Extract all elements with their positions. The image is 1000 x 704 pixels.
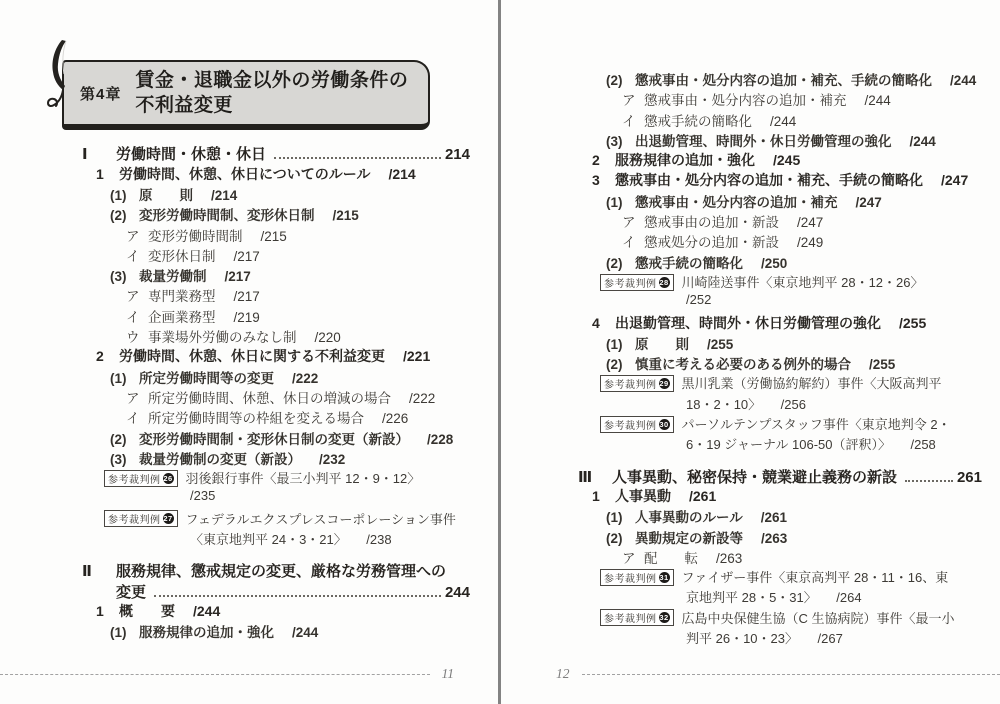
toc-entry: (2)異動規定の新設等/263 [552,527,982,547]
case-ref-line: 参考裁判例32広島中央保健生協（C 生協病院）事件〈最一小 [552,608,982,628]
case-ref-line: /252 [552,292,982,312]
toc-entry: 3懲戒事由・処分内容の追加・補充、手続の簡略化/247 [552,170,982,190]
case-title: 広島中央保健生協（C 生協病院）事件〈最一小 [682,608,955,627]
entry-label: (2) [606,73,635,88]
page-ref: /255 [707,337,733,352]
entry-title: 人事異動、秘密保持・競業避止義務の新設 [612,466,897,487]
entry-label: イ [126,306,148,326]
toc-entry: (1)服務規律の追加・強化/244 [56,621,470,641]
case-title: フェデラルエクスプレスコーポレーション事件 [186,509,456,528]
entry-label: イ [622,110,644,130]
entry-label: 2 [96,348,119,364]
entry-label: (2) [110,208,139,223]
toc-entry: ア所定労働時間、休憩、休日の増減の場合/222 [56,387,470,407]
toc-entry: (1)人事異動のルール/261 [552,506,982,526]
badge-label: 参考裁判例 [604,376,657,391]
entry-label: Ⅰ [82,145,116,163]
toc-entry: (2)慎重に考える必要のある例外的場合/255 [552,353,982,373]
badge-number: 31 [659,572,670,583]
case-title-continued: 6・19 ジャーナル 106-50（評釈）〉 /258 [686,434,936,453]
badge-label: 参考裁判例 [108,511,161,526]
toc-entry: 2労働時間、休憩、休日に関する不利益変更/221 [56,346,470,366]
badge-number: 29 [659,378,670,389]
entry-title: 専門業務型 [148,285,216,305]
page-ref: /247 [941,172,968,188]
entry-label: ア [622,89,644,109]
entry-title: 服務規律の追加・強化 [615,150,755,170]
entry-label: イ [126,245,148,265]
entry-title: 労働時間・休憩・休日 [116,143,266,164]
toc-entry: (1)原 則/255 [552,333,982,353]
entry-title: 労働時間、休憩、休日に関する不利益変更 [119,346,385,366]
toc-entry: ア懲戒事由・処分内容の追加・補充/244 [552,89,982,109]
toc-entry: イ懲戒処分の追加・新設/249 [552,231,982,251]
badge-number: 26 [163,473,174,484]
entry-title: 裁量労働制 [139,265,207,285]
page-ref: /232 [319,452,345,467]
entry-label: ア [622,547,644,567]
page-ref: /226 [382,411,408,426]
page-ref: /250 [761,256,787,271]
page-ref: 214 [445,146,470,163]
entry-label: (1) [110,625,139,640]
entry-label: 1 [96,603,119,619]
toc-entry: 2服務規律の追加・強化/245 [552,150,982,170]
entry-title: 裁量労働制の変更（新設） [139,448,301,468]
case-badge: 参考裁判例31 [600,569,674,586]
entry-label: (2) [606,256,635,271]
page-ref: /215 [261,229,287,244]
case-title-continued: /252 [686,292,711,307]
entry-title: 懲戒手続の簡略化 [644,110,752,130]
left-footer: 11 [0,666,466,682]
chapter-title: 賃金・退職金以外の労働条件の 不利益変更 [135,69,408,118]
case-ref-line: 京地判平 28・5・31〉 /264 [552,587,982,607]
toc-entry: (3)裁量労働制/217 [56,265,470,285]
toc-entry: 1労働時間、休憩、休日についてのルール/214 [56,164,470,184]
case-badge: 参考裁判例29 [600,375,674,392]
entry-title: 概 要 [119,601,175,621]
entry-label: ア [622,211,644,231]
toc-entry: イ所定労働時間等の枠組を変える場合/226 [56,407,470,427]
page-ref: /222 [292,371,318,386]
entry-label: (2) [606,357,635,372]
page-ref: /214 [211,188,237,203]
case-badge: 参考裁判例30 [600,416,674,433]
page-ref: 261 [957,469,982,486]
page-ref: /247 [856,195,882,210]
toc-entry: Ⅰ労働時間・休憩・休日214 [56,143,470,163]
entry-label: イ [622,231,644,251]
entry-title: 変更 [116,581,146,602]
book-toc-spread: { "chapter": { "label": "第4章", "title_li… [0,0,1000,704]
toc-entry: (2)懲戒手続の簡略化/250 [552,252,982,272]
case-ref-line: 6・19 ジャーナル 106-50（評釈）〉 /258 [552,434,982,454]
entry-label: Ⅲ [578,468,612,486]
page-ref: /215 [333,208,359,223]
badge-label: 参考裁判例 [604,610,657,625]
entry-title: 服務規律、懲戒規定の変更、厳格な労務管理への [116,560,446,581]
toc-entry: (3)裁量労働制の変更（新設）/232 [56,448,470,468]
page-ref: /220 [315,330,341,345]
toc-entry: (1)所定労働時間等の変更/222 [56,367,470,387]
entry-label: (1) [110,188,139,203]
page-ref: /263 [761,531,787,546]
chapter-title-line1: 賃金・退職金以外の労働条件の [135,69,408,94]
page-ref: /261 [761,510,787,525]
entry-title: 労働時間、休憩、休日についてのルール [119,164,370,184]
page-ref: /217 [225,269,251,284]
case-ref-line: 判平 26・10・23〉 /267 [552,628,982,648]
page-ref: /217 [234,249,260,264]
case-title-continued: 〈東京地判平 24・3・21〉 /238 [190,529,392,548]
entry-title: 所定労働時間、休憩、休日の増減の場合 [148,387,391,407]
dot-leader [154,595,441,597]
page-ref: /244 [770,114,796,129]
page-number-left: 11 [442,666,455,682]
page-ref: /244 [910,134,936,149]
toc-entry: Ⅲ人事異動、秘密保持・競業避止義務の新設261 [552,466,982,486]
page-ref: 244 [445,584,470,601]
page-ref: /244 [193,603,220,619]
case-badge: 参考裁判例28 [600,274,674,291]
footer-rule [0,674,430,675]
entry-label: ア [126,225,148,245]
toc-list-right: (2)懲戒事由・処分内容の追加・補充、手続の簡略化/244ア懲戒事由・処分内容の… [552,69,982,648]
page-ref: /219 [234,310,260,325]
entry-title: 変形労働時間制・変形休日制の変更（新設） [139,428,409,448]
toc-entry: 変更244 [56,581,470,601]
entry-title: 原 則 [635,333,689,353]
case-badge: 参考裁判例27 [104,510,178,527]
case-title-continued: 判平 26・10・23〉 /267 [686,628,843,647]
entry-title: 懲戒事由・処分内容の追加・補充、手続の簡略化 [635,69,932,89]
badge-label: 参考裁判例 [604,275,657,290]
entry-title: 出退勤管理、時間外・休日労働管理の強化 [635,130,892,150]
left-page: 第4章 賃金・退職金以外の労働条件の 不利益変更 Ⅰ労働時間・休憩・休日2141… [56,60,470,642]
entry-title: 配 転 [644,547,698,567]
page-ref: /214 [388,166,415,182]
entry-title: 懲戒事由・処分内容の追加・補充 [644,89,847,109]
page-ref: /245 [773,152,800,168]
case-ref-line: 参考裁判例31ファイザー事件〈東京高判平 28・11・16、東 [552,567,982,587]
entry-title: 懲戒処分の追加・新設 [644,231,779,251]
entry-title: 人事異動のルール [635,506,743,526]
case-title: 羽後銀行事件〈最三小判平 12・9・12〉 [186,468,421,487]
right-footer: 12 [544,666,1000,682]
toc-entry: ア配 転/263 [552,547,982,567]
chapter-title-line2: 不利益変更 [135,94,408,119]
page-ref: /247 [797,215,823,230]
entry-label: ア [126,285,148,305]
entry-title: 服務規律の追加・強化 [139,621,274,641]
case-title: パーソルテンプスタッフ事件〈東京地判令 2・ [682,414,951,433]
entry-title: 変形労働時間制 [148,225,243,245]
entry-label: (2) [606,531,635,546]
entry-title: 所定労働時間等の枠組を変える場合 [148,407,364,427]
entry-title: 懲戒事由の追加・新設 [644,211,779,231]
page-ref: /255 [869,357,895,372]
toc-entry: イ懲戒手続の簡略化/244 [552,110,982,130]
footer-rule [582,674,1000,675]
dot-leader [905,480,953,482]
toc-entry: (2)懲戒事由・処分内容の追加・補充、手続の簡略化/244 [552,69,982,89]
entry-title: 原 則 [139,184,193,204]
entry-title: 慎重に考える必要のある例外的場合 [635,353,851,373]
entry-label: (1) [606,337,635,352]
entry-label: 4 [592,315,615,331]
entry-title: 懲戒事由・処分内容の追加・補充 [635,191,838,211]
badge-number: 30 [659,419,670,430]
entry-title: 企画業務型 [148,306,216,326]
page-ref: /221 [403,348,430,364]
page-ref: /261 [689,488,716,504]
case-ref-line: 参考裁判例30パーソルテンプスタッフ事件〈東京地判令 2・ [552,414,982,434]
toc-entry: ア懲戒事由の追加・新設/247 [552,211,982,231]
entry-label: (2) [110,432,139,447]
toc-entry: イ変形休日制/217 [56,245,470,265]
page-number-right: 12 [556,666,570,682]
case-ref-line: 参考裁判例28川崎陸送事件〈東京地判平 28・12・26〉 [552,272,982,292]
entry-title: 出退勤管理、時間外・休日労働管理の強化 [615,313,881,333]
case-title-continued: 18・2・10〉 /256 [686,394,806,413]
case-ref-line: /235 [56,488,470,508]
toc-entry: (2)変形労働時間制・変形休日制の変更（新設）/228 [56,428,470,448]
case-badge: 参考裁判例32 [600,609,674,626]
entry-title: 所定労働時間等の変更 [139,367,274,387]
toc-entry: (3)出退勤管理、時間外・休日労働管理の強化/244 [552,130,982,150]
entry-label: 3 [592,172,615,188]
entry-label: Ⅱ [82,562,116,580]
page-ref: /244 [865,93,891,108]
toc-entry: イ企画業務型/219 [56,306,470,326]
badge-label: 参考裁判例 [108,471,161,486]
entry-label: ア [126,387,148,407]
entry-title: 変形労働時間制、変形休日制 [139,204,315,224]
toc-entry: 1人事異動/261 [552,486,982,506]
page-ref: /228 [427,432,453,447]
entry-title: 懲戒手続の簡略化 [635,252,743,272]
page-ref: /217 [234,289,260,304]
case-ref-line: 参考裁判例27フェデラルエクスプレスコーポレーション事件 [56,509,470,529]
entry-label: (1) [110,371,139,386]
entry-label: 1 [592,488,615,504]
entry-label: (3) [110,452,139,467]
chapter-header: 第4章 賃金・退職金以外の労働条件の 不利益変更 [62,60,430,130]
badge-label: 参考裁判例 [604,570,657,585]
right-page: (2)懲戒事由・処分内容の追加・補充、手続の簡略化/244ア懲戒事由・処分内容の… [552,56,982,648]
case-title: 川崎陸送事件〈東京地判平 28・12・26〉 [682,272,924,291]
badge-number: 32 [659,612,670,623]
entry-label: イ [126,407,148,427]
toc-entry: (2)変形労働時間制、変形休日制/215 [56,204,470,224]
badge-number: 28 [659,277,670,288]
toc-entry: 4出退勤管理、時間外・休日労働管理の強化/255 [552,313,982,333]
case-title: ファイザー事件〈東京高判平 28・11・16、東 [682,567,949,586]
entry-label: (3) [606,134,635,149]
chapter-number: 第4章 [80,83,121,104]
badge-number: 27 [163,513,174,524]
page-ref: /263 [716,551,742,566]
entry-label: 2 [592,152,615,168]
entry-title: 事業場外労働のみなし制 [148,326,297,346]
entry-title: 人事異動 [615,486,671,506]
entry-label: (1) [606,510,635,525]
toc-entry: ウ事業場外労働のみなし制/220 [56,326,470,346]
case-badge: 参考裁判例26 [104,470,178,487]
toc-entry: ア専門業務型/217 [56,285,470,305]
toc-entry: ア変形労働時間制/215 [56,225,470,245]
entry-label: 1 [96,166,119,182]
entry-label: (3) [110,269,139,284]
toc-entry: (1)原 則/214 [56,184,470,204]
case-ref-line: 参考裁判例26羽後銀行事件〈最三小判平 12・9・12〉 [56,468,470,488]
quill-icon [42,36,82,114]
toc-entry: (1)懲戒事由・処分内容の追加・補充/247 [552,191,982,211]
entry-label: (1) [606,195,635,210]
case-ref-line: 参考裁判例29黒川乳業（労働協約解約）事件〈大阪高判平 [552,373,982,393]
page-ref: /244 [292,625,318,640]
case-ref-line: 〈東京地判平 24・3・21〉 /238 [56,529,470,549]
case-title-continued: 京地判平 28・5・31〉 /264 [686,587,862,606]
page-ref: /255 [899,315,926,331]
dot-leader [274,157,441,159]
page-ref: /244 [950,73,976,88]
page-ref: /249 [797,235,823,250]
page-ref: /222 [409,391,435,406]
toc-entry: Ⅱ服務規律、懲戒規定の変更、厳格な労務管理への [56,560,470,580]
toc-list-left: Ⅰ労働時間・休憩・休日2141労働時間、休憩、休日についてのルール/214(1)… [56,143,470,641]
entry-title: 変形休日制 [148,245,216,265]
case-title-continued: /235 [190,488,215,503]
entry-title: 異動規定の新設等 [635,527,743,547]
badge-label: 参考裁判例 [604,417,657,432]
toc-entry: 1概 要/244 [56,601,470,621]
case-title: 黒川乳業（労働協約解約）事件〈大阪高判平 [682,373,942,392]
page-gutter-divider [498,0,501,704]
entry-title: 懲戒事由・処分内容の追加・補充、手続の簡略化 [615,170,923,190]
case-ref-line: 18・2・10〉 /256 [552,394,982,414]
entry-label: ウ [126,326,148,346]
